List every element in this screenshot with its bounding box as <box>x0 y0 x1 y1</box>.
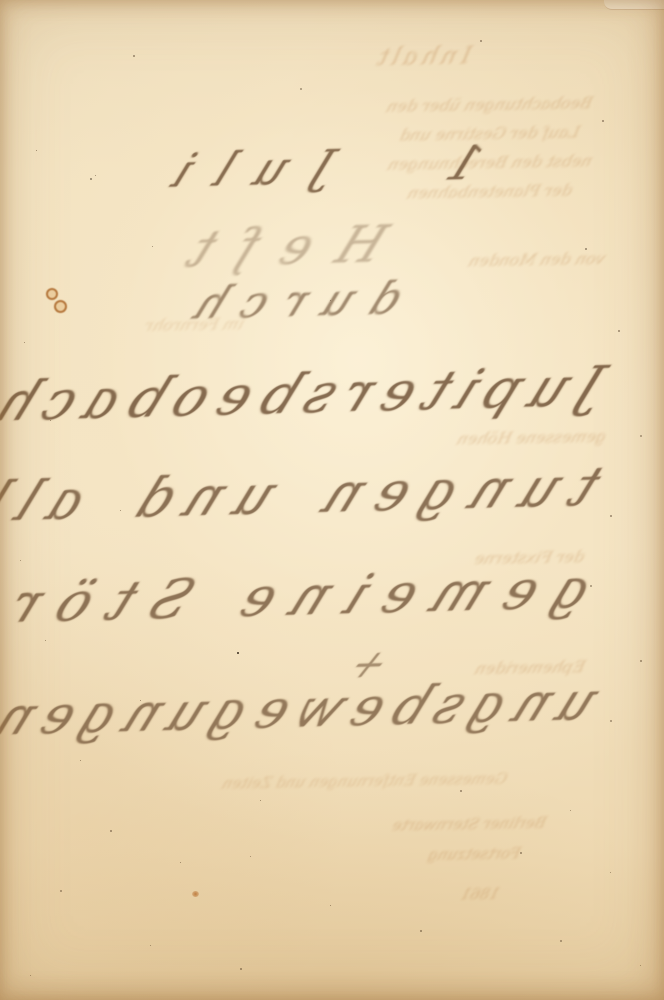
offset-text-line-4: Jupitersbeobach- <box>0 354 627 434</box>
ghost-text-line: Gemessene Entfernungen und Zeiten <box>205 769 526 793</box>
ghost-text-line: Inhalt <box>340 41 507 72</box>
ghost-text-line: 1861 <box>420 884 541 904</box>
manuscript-page: Inhalt Beobachtungen über den Lauf der G… <box>0 0 664 1000</box>
ghost-text-line: von den Monden <box>419 248 656 271</box>
paper-corner-patch <box>604 0 664 10</box>
offset-text-line-6: gemeine Stör- <box>2 556 618 635</box>
offset-text-line-3: durch <box>149 272 430 330</box>
offset-text-line-7: ungsbewegungen <box>91 671 620 745</box>
offset-text-line-2: Heft <box>136 214 413 279</box>
paper-specks-small <box>0 0 1 1</box>
small-stain <box>192 891 199 897</box>
ghost-text-line: gemessene Höhen <box>409 426 656 449</box>
offset-text-line-5: tungen und all- <box>0 454 622 533</box>
ghost-text-line: Beobachtungen über den <box>324 92 655 117</box>
ghost-text-line: Fortsetzung <box>387 843 563 864</box>
fox-spot-stain <box>40 286 74 318</box>
offset-text-line-1: 1 Juli <box>108 135 522 200</box>
ghost-text-line: Berliner Sternwarte <box>347 813 593 835</box>
